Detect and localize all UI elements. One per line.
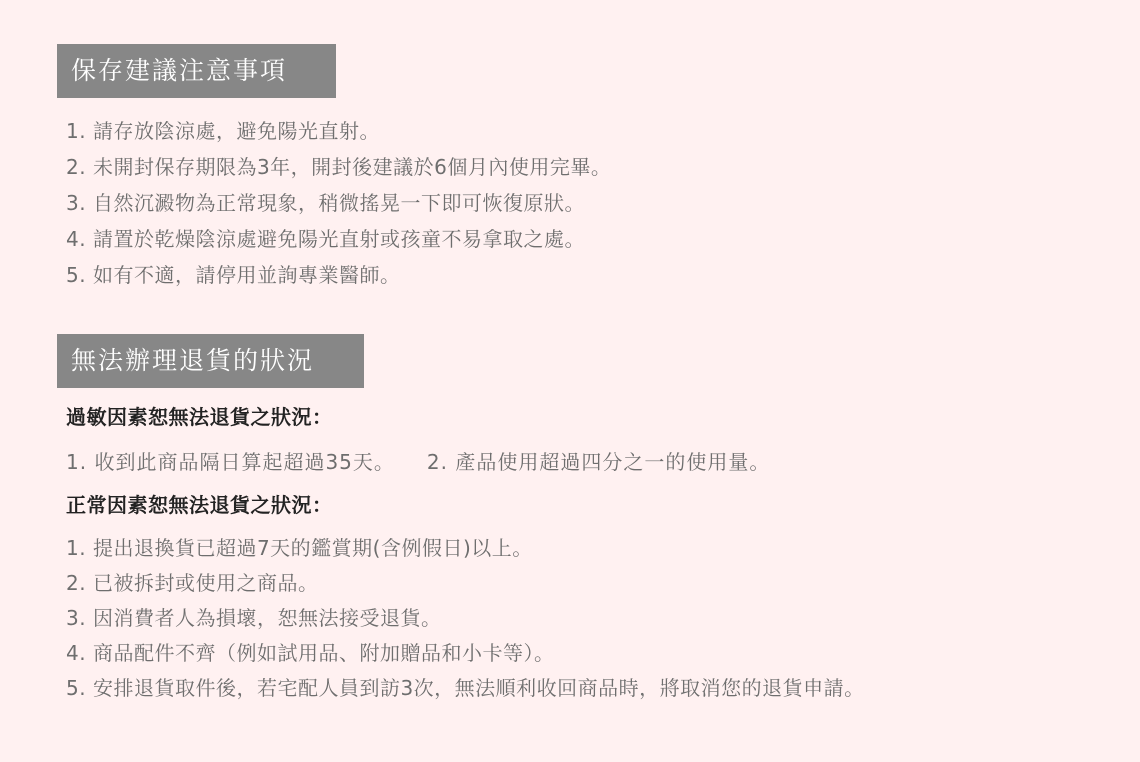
storage-section-title: 保存建議注意事項 [57,44,336,98]
storage-note-item: 5. 如有不適，請停用並詢專業醫師。 [66,257,611,293]
normal-condition-item: 3. 因消費者人為損壞，恕無法接受退貨。 [66,601,865,636]
storage-note-item: 2. 未開封保存期限為3年，開封後建議於6個月內使用完畢。 [66,149,611,185]
allergy-condition-item: 2. 產品使用超過四分之一的使用量。 [427,450,770,474]
storage-note-item: 3. 自然沉澱物為正常現象，稍微搖晃一下即可恢復原狀。 [66,185,611,221]
no-return-section-title: 無法辦理退貨的狀況 [57,334,364,388]
allergy-conditions-list: 1. 收到此商品隔日算起超過35天。2. 產品使用超過四分之一的使用量。 [66,445,770,479]
normal-condition-item: 5. 安排退貨取件後，若宅配人員到訪3次，無法順利收回商品時，將取消您的退貨申請… [66,671,865,706]
storage-note-item: 1. 請存放陰涼處，避免陽光直射。 [66,113,611,149]
normal-conditions-list: 1. 提出退換貨已超過7天的鑑賞期(含例假日)以上。 2. 已被拆封或使用之商品… [66,531,865,706]
storage-note-item: 4. 請置於乾燥陰涼處避免陽光直射或孩童不易拿取之處。 [66,221,611,257]
normal-condition-item: 1. 提出退換貨已超過7天的鑑賞期(含例假日)以上。 [66,531,865,566]
normal-subheading: 正常因素恕無法退貨之狀況： [66,489,333,521]
normal-condition-item: 2. 已被拆封或使用之商品。 [66,566,865,601]
allergy-subheading: 過敏因素恕無法退貨之狀況： [66,401,333,433]
normal-condition-item: 4. 商品配件不齊（例如試用品、附加贈品和小卡等）。 [66,636,865,671]
storage-notes-list: 1. 請存放陰涼處，避免陽光直射。 2. 未開封保存期限為3年，開封後建議於6個… [66,113,611,293]
allergy-condition-item: 1. 收到此商品隔日算起超過35天。 [66,450,395,474]
